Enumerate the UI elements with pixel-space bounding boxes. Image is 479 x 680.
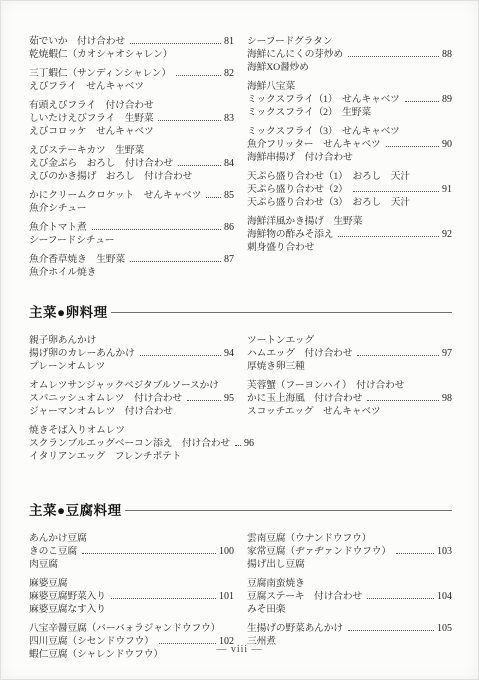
dot-leader xyxy=(158,120,221,121)
page-number: 81 xyxy=(224,35,234,48)
dish-text: あんかけ豆腐 xyxy=(29,532,87,545)
toc-line: 家常豆腐（ヂァヂァンドウフウ）103 xyxy=(247,545,452,558)
dish-text: 有頭えびフライ 付け合わせ xyxy=(29,99,153,112)
toc-line: きのこ豆腐100 xyxy=(29,545,234,558)
toc-line: 麻婆豆腐 xyxy=(29,577,234,590)
dish-text: 揚げ出し豆腐 xyxy=(247,558,305,571)
dish-text: オムレツサンジャックベジタブルソースかけ xyxy=(29,379,219,392)
dish-text: スクランブルエッグベーコン添え 付け合わせ xyxy=(29,437,230,450)
toc-line: あんかけ豆腐 xyxy=(29,532,234,545)
page-number: 84 xyxy=(224,157,234,170)
dot-leader xyxy=(386,146,439,147)
toc-line: えびステーキカツ 生野菜 xyxy=(29,144,234,157)
page-number: 103 xyxy=(437,545,452,558)
dish-text: えびステーキカツ 生野菜 xyxy=(29,144,144,157)
page-number-footer: — viii — xyxy=(1,644,478,655)
toc-line: 揚げ卵のカレーあんかけ94 xyxy=(29,347,234,360)
toc-group: 麻婆豆腐麻婆豆腐野菜入り101麻婆豆腐なす入り xyxy=(29,577,234,616)
toc-group: あんかけ豆腐きのこ豆腐100肉豆腐 xyxy=(29,532,234,571)
toc-group: 魚介トマト煮86シーフードシチュー xyxy=(29,221,234,247)
dish-text: 海鮮物の酢みそ添え xyxy=(247,228,333,241)
dish-text: 親子卵あんかけ xyxy=(29,334,96,347)
toc-line: 海鮮にんにくの芽炒め88 xyxy=(247,48,452,61)
toc-line: 魚介トマト煮86 xyxy=(29,221,234,234)
toc-section-egg: 主菜●卵料理親子卵あんかけ揚げ卵のカレーあんかけ94プレーンオムレツオムレツサン… xyxy=(29,301,452,469)
dish-text: かに玉上海風 付け合わせ xyxy=(247,392,362,405)
dot-leader xyxy=(178,165,221,166)
dot-leader xyxy=(82,553,216,554)
dot-leader xyxy=(235,445,241,446)
toc-group: 親子卵あんかけ揚げ卵のカレーあんかけ94プレーンオムレツ xyxy=(29,334,234,373)
toc-line: えびフライ せんキャベツ xyxy=(29,80,234,93)
toc-line: 天ぷら盛り合わせ（3） おろし 天汁 xyxy=(247,196,452,209)
toc-group: かにクリームクロケット せんキャベツ85魚介シチュー xyxy=(29,189,234,215)
dish-text: えびフライ せんキャベツ xyxy=(29,80,144,93)
dot-leader xyxy=(405,101,439,102)
toc-group: 芙蓉蟹（フーヨンハイ） 付け合わせかに玉上海風 付け合わせ98スコッチエッグ せ… xyxy=(247,379,452,418)
toc-line: 芙蓉蟹（フーヨンハイ） 付け合わせ xyxy=(247,379,452,392)
toc-line: えびコロッケ せんキャベツ xyxy=(29,125,234,138)
page-number: 98 xyxy=(442,392,452,405)
toc-group: 茹でいか 付け合わせ81乾焼蝦仁（カオシャオシャレン） xyxy=(29,35,234,61)
toc-line: 揚げ出し豆腐 xyxy=(247,558,452,571)
dish-text: 麻婆豆腐野菜入り xyxy=(29,590,106,603)
dot-leader xyxy=(176,75,221,76)
dish-text: えびのかき揚げ おろし 付け合わせ xyxy=(29,170,192,183)
toc-group: オムレツサンジャックベジタブルソースかけスパニッシュオムレツ 付け合わせ95ジャ… xyxy=(29,379,234,418)
dot-leader xyxy=(367,400,439,401)
dish-text: 天ぷら盛り合わせ（1） おろし 天汁 xyxy=(247,170,410,183)
page-number: 90 xyxy=(442,138,452,151)
dot-leader xyxy=(187,400,221,401)
toc-line: スクランブルエッグベーコン添え 付け合わせ96 xyxy=(29,437,234,450)
dish-text: 刺身盛り合わせ xyxy=(247,241,314,254)
dot-leader xyxy=(357,355,439,356)
toc-line: 雲南豆腐（ウナンドウフウ） xyxy=(247,532,452,545)
dish-text: しいたけえびフライ 生野菜 xyxy=(29,112,153,125)
toc-group: 海鮮八宝菜ミックスフライ（1） せんキャベツ89ミックスフライ（2） 生野菜 xyxy=(247,80,452,119)
page-number: 83 xyxy=(224,112,234,125)
toc-line: 海鮮八宝菜 xyxy=(247,80,452,93)
dish-text: 魚介フリッター せんキャベツ xyxy=(247,138,381,151)
toc-line: スコッチエッグ せんキャベツ xyxy=(247,405,452,418)
toc-line: みそ田楽 xyxy=(247,603,452,616)
dish-text: ツートンエッグ xyxy=(247,334,314,347)
dish-text: 揚げ卵のカレーあんかけ xyxy=(29,347,135,360)
toc-column: 親子卵あんかけ揚げ卵のカレーあんかけ94プレーンオムレツオムレツサンジャックベジ… xyxy=(29,334,234,469)
dish-text: 魚介ホイル焼き xyxy=(29,266,96,279)
dish-text: ハムエッグ 付け合わせ xyxy=(247,347,352,360)
toc-line: 海鮮XO醤炒め xyxy=(247,61,452,74)
dish-text: 肉豆腐 xyxy=(29,558,58,571)
toc-line: 厚焼き卵三種 xyxy=(247,360,452,373)
dot-leader xyxy=(92,229,221,230)
toc-line: えびのかき揚げ おろし 付け合わせ xyxy=(29,170,234,183)
toc-column: シーフードグラタン海鮮にんにくの芽炒め88海鮮XO醤炒め海鮮八宝菜ミックスフライ… xyxy=(247,35,452,285)
toc-group: 雲南豆腐（ウナンドウフウ）家常豆腐（ヂァヂァンドウフウ）103揚げ出し豆腐 xyxy=(247,532,452,571)
dish-text: 麻婆豆腐 xyxy=(29,577,67,590)
page-number: 85 xyxy=(224,189,234,202)
toc-line: 魚介シチュー xyxy=(29,202,234,215)
dish-text: 茹でいか 付け合わせ xyxy=(29,35,125,48)
toc-group: 海鮮洋風かき揚げ 生野菜海鮮物の酢みそ添え92刺身盛り合わせ xyxy=(247,215,452,254)
dish-text: えびコロッケ せんキャベツ xyxy=(29,125,154,138)
dish-text: 豆腐ステーキ 付け合わせ xyxy=(247,590,362,603)
dot-leader xyxy=(111,598,216,599)
dot-leader xyxy=(367,598,434,599)
dish-text: 魚介トマト煮 xyxy=(29,221,87,234)
page-number: 101 xyxy=(219,590,234,603)
page-number: 94 xyxy=(224,347,234,360)
dot-leader xyxy=(206,197,221,198)
toc-line: 海鮮串揚げ 付け合わせ xyxy=(247,151,452,164)
toc-group: 天ぷら盛り合わせ（1） おろし 天汁天ぷら盛り合わせ（2）91天ぷら盛り合わせ（… xyxy=(247,170,452,209)
section-rule xyxy=(125,510,452,511)
dish-text: ミックスフライ（3） せんキャベツ xyxy=(247,125,400,138)
toc-group: ミックスフライ（3） せんキャベツ魚介フリッター せんキャベツ90海鮮串揚げ 付… xyxy=(247,125,452,164)
toc-line: 有頭えびフライ 付け合わせ xyxy=(29,99,234,112)
toc-line: しいたけえびフライ 生野菜83 xyxy=(29,112,234,125)
toc-line: シーフードシチュー xyxy=(29,234,234,247)
toc-group: 豆腐南蛮焼き豆腐ステーキ 付け合わせ104みそ田楽 xyxy=(247,577,452,616)
toc-group: シーフードグラタン海鮮にんにくの芽炒め88海鮮XO醤炒め xyxy=(247,35,452,74)
toc-line: 生揚げの野菜あんかけ105 xyxy=(247,622,452,635)
toc-line: ツートンエッグ xyxy=(247,334,452,347)
dish-text: 海鮮洋風かき揚げ 生野菜 xyxy=(247,215,362,228)
dish-text: ミックスフライ（2） 生野菜 xyxy=(247,106,371,119)
dish-text: 生揚げの野菜あんかけ xyxy=(247,622,343,635)
toc-group: 有頭えびフライ 付け合わせしいたけえびフライ 生野菜83えびコロッケ せんキャベ… xyxy=(29,99,234,138)
dot-leader xyxy=(348,630,434,631)
toc-columns: 茹でいか 付け合わせ81乾焼蝦仁（カオシャオシャレン）三丁蝦仁（サンディンシャレ… xyxy=(29,35,452,285)
dish-text: 三丁蝦仁（サンディンシャレン） xyxy=(29,67,171,80)
dot-leader xyxy=(353,191,439,192)
toc-columns: 親子卵あんかけ揚げ卵のカレーあんかけ94プレーンオムレツオムレツサンジャックベジ… xyxy=(29,334,452,469)
dish-text: 麻婆豆腐なす入り xyxy=(29,603,106,616)
toc-line: かにクリームクロケット せんキャベツ85 xyxy=(29,189,234,202)
dish-text: 天ぷら盛り合わせ（2） xyxy=(247,183,348,196)
dish-text: 天ぷら盛り合わせ（3） おろし 天汁 xyxy=(247,196,410,209)
toc-line: 天ぷら盛り合わせ（1） おろし 天汁 xyxy=(247,170,452,183)
toc-line: 刺身盛り合わせ xyxy=(247,241,452,254)
dish-text: 家常豆腐（ヂァヂァンドウフウ） xyxy=(247,545,391,558)
dish-text: みそ田楽 xyxy=(247,603,285,616)
toc-line: 天ぷら盛り合わせ（2）91 xyxy=(247,183,452,196)
toc-group: 焼きそば入りオムレツスクランブルエッグベーコン添え 付け合わせ96イタリアンエッ… xyxy=(29,424,234,463)
dish-text: シーフードグラタン xyxy=(247,35,332,48)
dish-text: えび金ぷら おろし 付け合わせ xyxy=(29,157,173,170)
dish-text: 魚介シチュー xyxy=(29,202,86,215)
toc-line: ミックスフライ（2） 生野菜 xyxy=(247,106,452,119)
toc-line: 麻婆豆腐野菜入り101 xyxy=(29,590,234,603)
dish-text: シーフードシチュー xyxy=(29,234,114,247)
dish-text: ミックスフライ（1） せんキャベツ xyxy=(247,93,400,106)
page-number: 86 xyxy=(224,221,234,234)
dot-leader xyxy=(396,553,434,554)
dish-text: 乾焼蝦仁（カオシャオシャレン） xyxy=(29,48,172,61)
toc-line: イタリアンエッグ フレンチポテト xyxy=(29,450,234,463)
toc-line: シーフードグラタン xyxy=(247,35,452,48)
toc-line: 乾焼蝦仁（カオシャオシャレン） xyxy=(29,48,234,61)
section-title: 主菜●豆腐料理 xyxy=(29,499,122,519)
dish-text: きのこ豆腐 xyxy=(29,545,77,558)
dot-leader xyxy=(130,261,221,262)
toc-line: ミックスフライ（3） せんキャベツ xyxy=(247,125,452,138)
toc-line: 親子卵あんかけ xyxy=(29,334,234,347)
toc-line: 八宝辛醤豆腐（バーバォラジャンドウフウ） xyxy=(29,622,234,635)
toc-group: 魚介香草焼き 生野菜87魚介ホイル焼き xyxy=(29,253,234,279)
toc-line: ジャーマンオムレツ 付け合わせ xyxy=(29,405,234,418)
toc-line: ミックスフライ（1） せんキャベツ89 xyxy=(247,93,452,106)
toc-content: 茹でいか 付け合わせ81乾焼蝦仁（カオシャオシャレン）三丁蝦仁（サンディンシャレ… xyxy=(1,1,478,667)
toc-line: 魚介フリッター せんキャベツ90 xyxy=(247,138,452,151)
toc-line: 海鮮物の酢みそ添え92 xyxy=(247,228,452,241)
toc-group: ツートンエッグハムエッグ 付け合わせ97厚焼き卵三種 xyxy=(247,334,452,373)
toc-line: 豆腐ステーキ 付け合わせ104 xyxy=(247,590,452,603)
toc-line: 茹でいか 付け合わせ81 xyxy=(29,35,234,48)
dish-text: ジャーマンオムレツ 付け合わせ xyxy=(29,405,173,418)
toc-line: 豆腐南蛮焼き xyxy=(247,577,452,590)
dish-text: 焼きそば入りオムレツ xyxy=(29,424,125,437)
dish-text: 豆腐南蛮焼き xyxy=(247,577,305,590)
dish-text: イタリアンエッグ フレンチポテト xyxy=(29,450,181,463)
page: 茹でいか 付け合わせ81乾焼蝦仁（カオシャオシャレン）三丁蝦仁（サンディンシャレ… xyxy=(0,0,479,680)
toc-line: 魚介ホイル焼き xyxy=(29,266,234,279)
dot-leader xyxy=(338,236,439,237)
section-header-egg: 主菜●卵料理 xyxy=(29,301,452,321)
dot-leader xyxy=(348,56,439,57)
page-number: 82 xyxy=(224,67,234,80)
dish-text: 海鮮串揚げ 付け合わせ xyxy=(247,151,353,164)
toc-line: オムレツサンジャックベジタブルソースかけ xyxy=(29,379,234,392)
toc-section-seafood: 茹でいか 付け合わせ81乾焼蝦仁（カオシャオシャレン）三丁蝦仁（サンディンシャレ… xyxy=(29,35,452,285)
toc-line: 肉豆腐 xyxy=(29,558,234,571)
dish-text: 芙蓉蟹（フーヨンハイ） 付け合わせ xyxy=(247,379,404,392)
dish-text: 八宝辛醤豆腐（バーバォラジャンドウフウ） xyxy=(29,622,220,635)
page-number: 97 xyxy=(442,347,452,360)
dish-text: プレーンオムレツ xyxy=(29,360,105,373)
dish-text: 厚焼き卵三種 xyxy=(247,360,305,373)
toc-line: 海鮮洋風かき揚げ 生野菜 xyxy=(247,215,452,228)
dish-text: 海鮮にんにくの芽炒め xyxy=(247,48,343,61)
toc-group: 八宝辛醤豆腐（バーバォラジャンドウフウ）四川豆腐（シセンドウフウ）102蝦仁豆腐… xyxy=(29,622,234,661)
dish-text: 雲南豆腐（ウナンドウフウ） xyxy=(247,532,371,545)
dish-text: スコッチエッグ せんキャベツ xyxy=(247,405,381,418)
dot-leader xyxy=(140,355,221,356)
dish-text: かにクリームクロケット せんキャベツ xyxy=(29,189,201,202)
toc-column: 茹でいか 付け合わせ81乾焼蝦仁（カオシャオシャレン）三丁蝦仁（サンディンシャレ… xyxy=(29,35,234,285)
toc-line: ハムエッグ 付け合わせ97 xyxy=(247,347,452,360)
toc-line: スパニッシュオムレツ 付け合わせ95 xyxy=(29,392,234,405)
toc-line: 麻婆豆腐なす入り xyxy=(29,603,234,616)
toc-line: プレーンオムレツ xyxy=(29,360,234,373)
toc-line: 三丁蝦仁（サンディンシャレン）82 xyxy=(29,67,234,80)
page-number: 88 xyxy=(442,48,452,61)
dish-text: スパニッシュオムレツ 付け合わせ xyxy=(29,392,182,405)
dish-text: 海鮮XO醤炒め xyxy=(247,61,309,74)
page-number: 105 xyxy=(437,622,452,635)
toc-line: 焼きそば入りオムレツ xyxy=(29,424,234,437)
toc-column: ツートンエッグハムエッグ 付け合わせ97厚焼き卵三種芙蓉蟹（フーヨンハイ） 付け… xyxy=(247,334,452,469)
toc-group: えびステーキカツ 生野菜えび金ぷら おろし 付け合わせ84えびのかき揚げ おろし… xyxy=(29,144,234,183)
page-number: 91 xyxy=(442,183,452,196)
toc-line: かに玉上海風 付け合わせ98 xyxy=(247,392,452,405)
page-number: 95 xyxy=(224,392,234,405)
dish-text: 魚介香草焼き 生野菜 xyxy=(29,253,125,266)
section-title: 主菜●卵料理 xyxy=(29,301,108,321)
page-number: 87 xyxy=(224,253,234,266)
dot-leader xyxy=(130,43,221,44)
page-number: 100 xyxy=(219,545,234,558)
toc-line: 魚介香草焼き 生野菜87 xyxy=(29,253,234,266)
toc-section-tofu: 主菜●豆腐料理あんかけ豆腐きのこ豆腐100肉豆腐麻婆豆腐麻婆豆腐野菜入り101麻… xyxy=(29,499,452,667)
page-number: 92 xyxy=(442,228,452,241)
page-number: 104 xyxy=(437,590,452,603)
section-header-tofu: 主菜●豆腐料理 xyxy=(29,499,452,519)
section-rule xyxy=(111,312,452,313)
toc-group: 三丁蝦仁（サンディンシャレン）82えびフライ せんキャベツ xyxy=(29,67,234,93)
toc-line: えび金ぷら おろし 付け合わせ84 xyxy=(29,157,234,170)
dish-text: 海鮮八宝菜 xyxy=(247,80,295,93)
page-number: 89 xyxy=(442,93,452,106)
